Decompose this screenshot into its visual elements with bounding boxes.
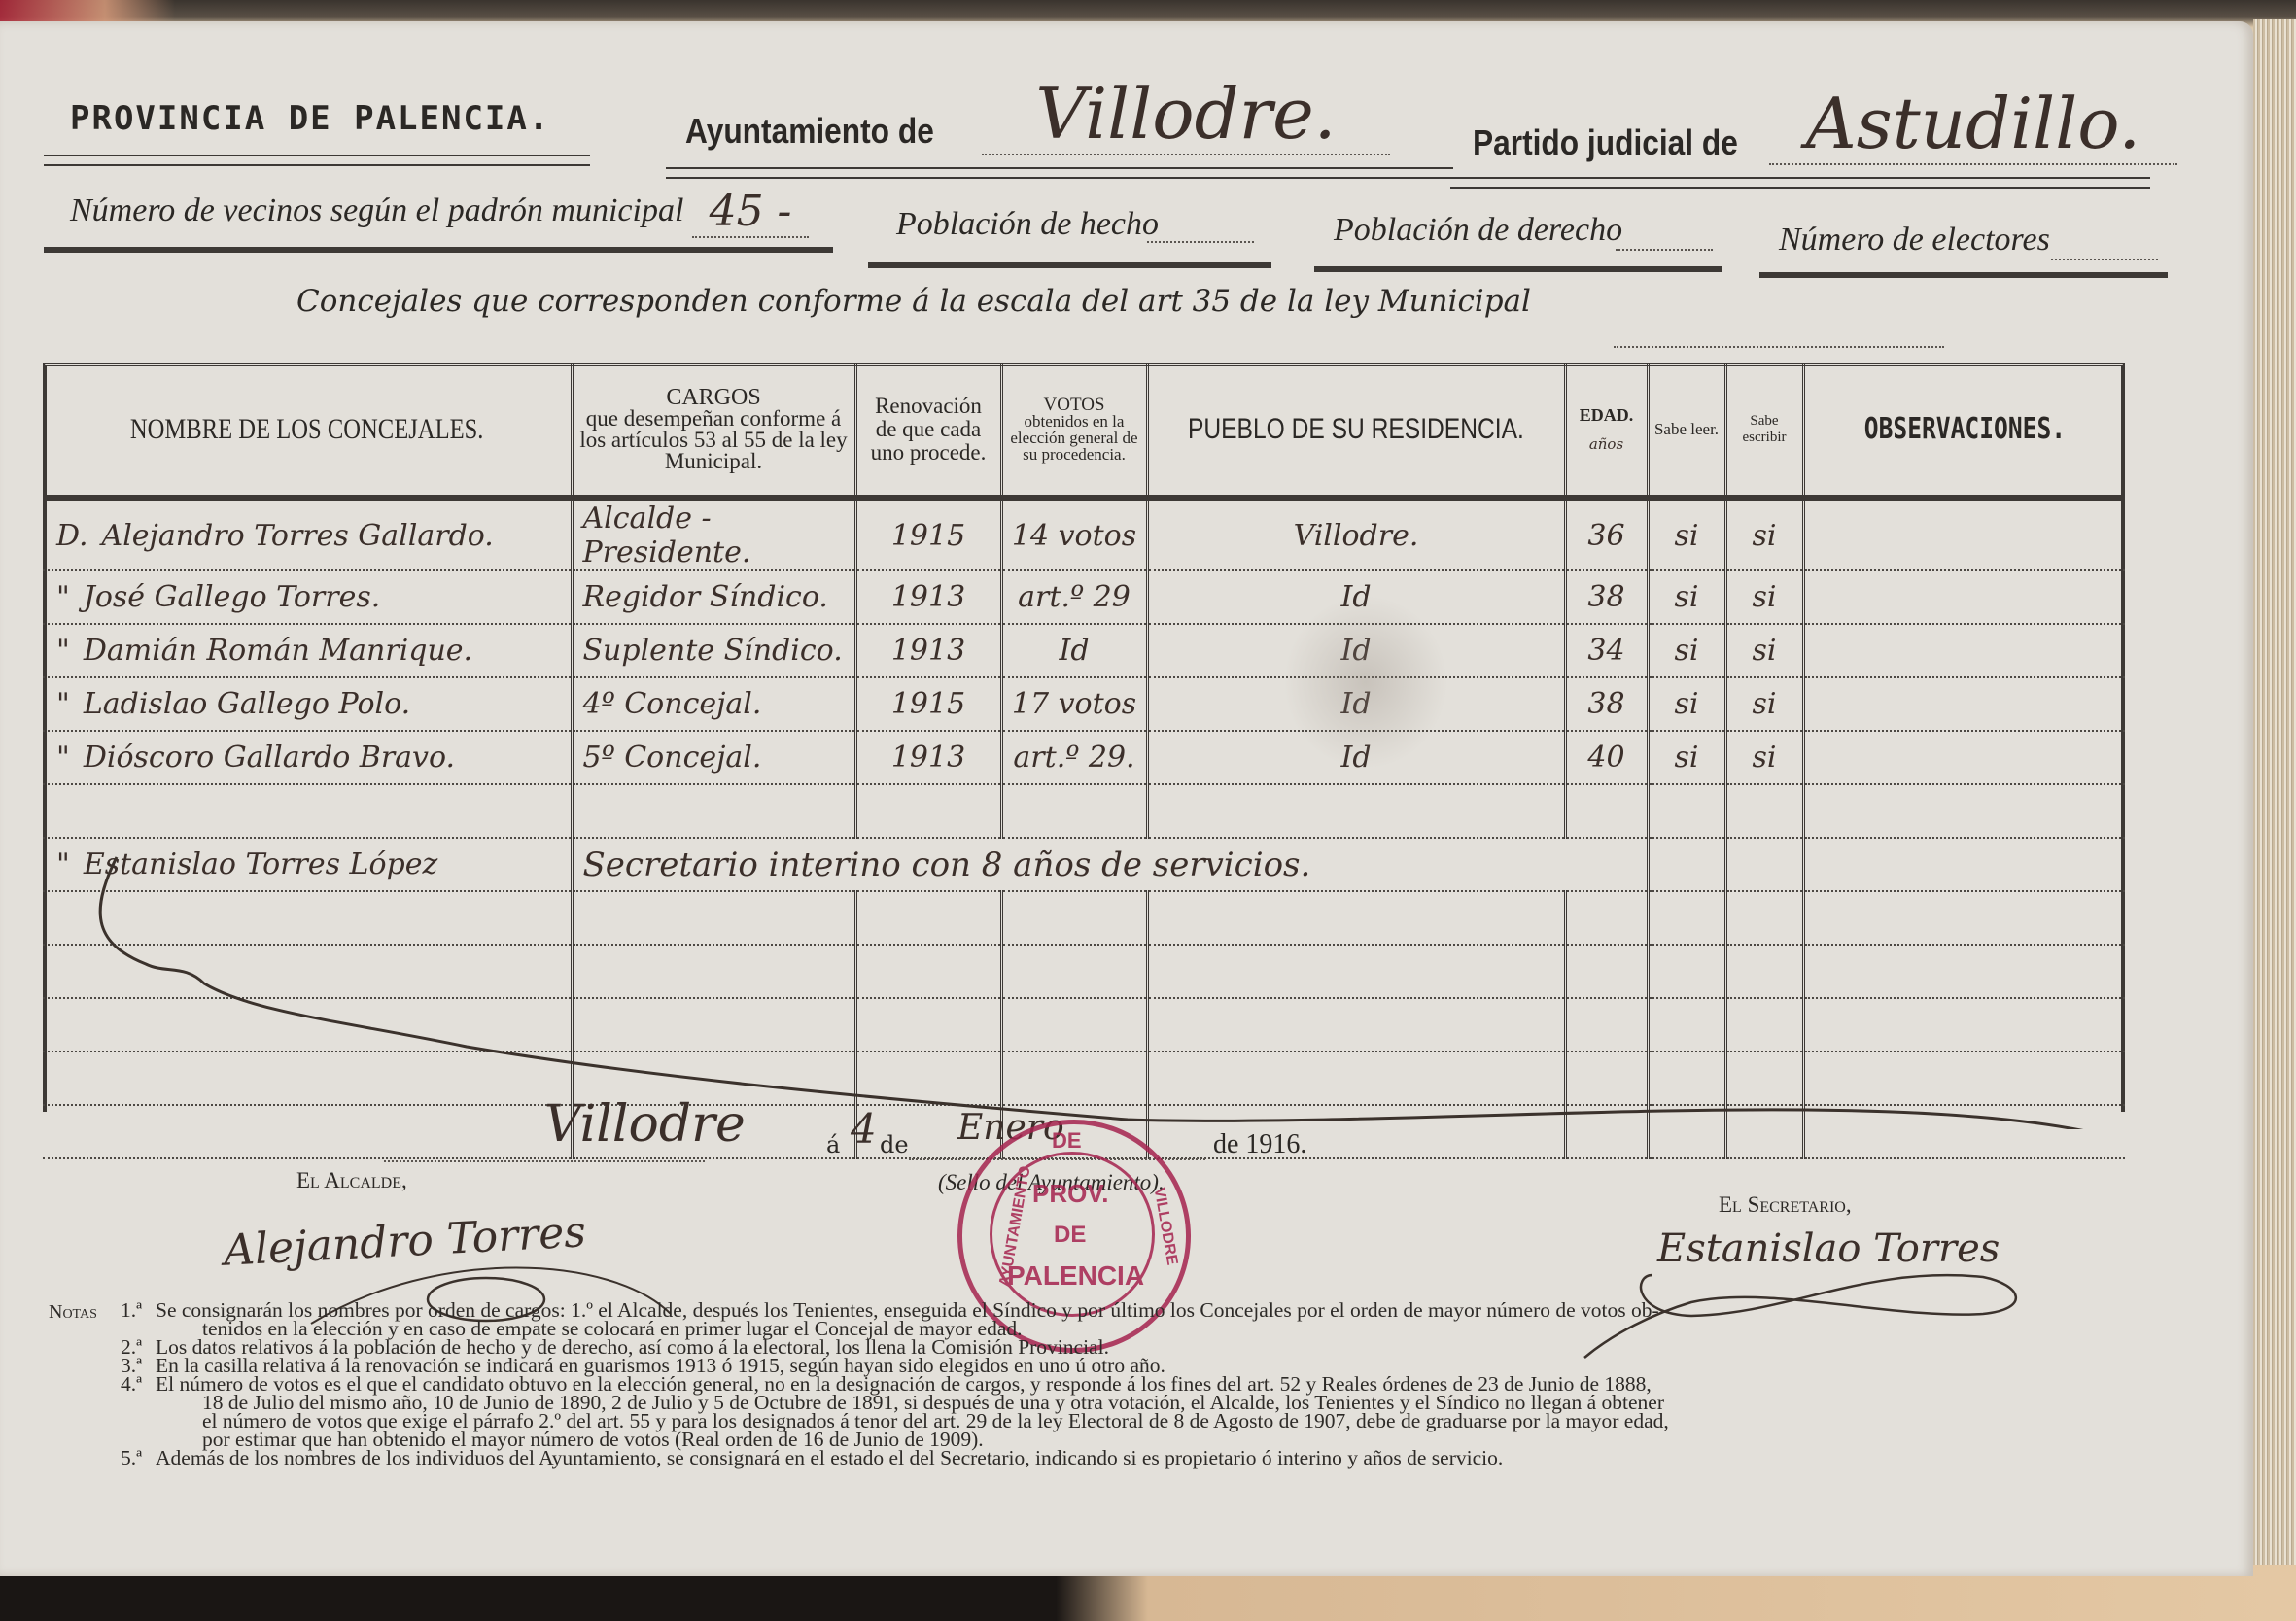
col-header-renovacion: Renovación de que cada uno procede.: [855, 363, 1001, 499]
cell-nombre[interactable]: "José Gallego Torres.: [43, 570, 572, 624]
concejales-line: Concejales que corresponden conforme á l…: [296, 284, 1531, 319]
col-header-leer: Sabe leer.: [1648, 363, 1725, 499]
cell-edad[interactable]: 38: [1565, 677, 1648, 731]
faded-stamp-smudge: [1283, 595, 1448, 770]
cell-renovacion[interactable]: 1913: [855, 624, 1001, 677]
closing-flourish: [58, 838, 2148, 1129]
cell-escribir[interactable]: si: [1725, 624, 1803, 677]
cell-edad[interactable]: 38: [1565, 570, 1648, 624]
cell-votos[interactable]: 17 votos: [1001, 677, 1147, 731]
note-5: 5.ªAdemás de los nombres de los individu…: [49, 1449, 2187, 1467]
cell-escribir[interactable]: si: [1725, 570, 1803, 624]
date-a-label: á: [826, 1131, 840, 1158]
concejal-name: Ladislao Gallego Polo.: [84, 687, 410, 721]
cell-cargo[interactable]: 4º Concejal.: [572, 677, 855, 731]
date-de-label: de: [880, 1131, 909, 1158]
cell-escribir[interactable]: [1725, 784, 1803, 838]
row-prefix: ": [56, 741, 70, 775]
table-row: [43, 784, 2125, 838]
date-year: de 1916.: [1213, 1129, 1306, 1160]
cell-edad[interactable]: 34: [1565, 624, 1648, 677]
cell-observaciones[interactable]: [1803, 784, 2125, 838]
cell-nombre[interactable]: "Ladislao Gallego Polo.: [43, 677, 572, 731]
cell-cargo[interactable]: Suplente Síndico.: [572, 624, 855, 677]
cell-nombre[interactable]: "Dióscoro Gallardo Bravo.: [43, 731, 572, 784]
poblacion-hecho-label: Población de hecho: [896, 206, 1159, 243]
col-header-votos: VOTOSobtenidos en la elección general de…: [1001, 363, 1147, 499]
header-rule: [1450, 177, 2150, 189]
cell-edad[interactable]: 40: [1565, 731, 1648, 784]
cell-renovacion[interactable]: 1913: [855, 731, 1001, 784]
cell-nombre[interactable]: D.Alejandro Torres Gallardo.: [43, 499, 572, 571]
poblacion-derecho-label: Población de derecho: [1334, 212, 1622, 249]
row-prefix: ": [56, 687, 70, 721]
cell-leer[interactable]: si: [1648, 731, 1725, 784]
electores-field[interactable]: [2051, 253, 2158, 260]
note-4: 4.ªEl número de votos es el que el candi…: [49, 1375, 2187, 1394]
concejal-name: Damián Román Manrique.: [84, 634, 472, 668]
cell-observaciones[interactable]: [1803, 677, 2125, 731]
vecinos-value[interactable]: 45 -: [692, 187, 809, 238]
cell-renovacion[interactable]: 1915: [855, 499, 1001, 571]
concejal-name: Alejandro Torres Gallardo.: [102, 519, 494, 553]
cell-escribir[interactable]: si: [1725, 731, 1803, 784]
cell-leer[interactable]: si: [1648, 677, 1725, 731]
stamp-line2: DE: [1054, 1222, 1086, 1249]
poblacion-hecho-field[interactable]: [1147, 235, 1254, 243]
cell-observaciones[interactable]: [1803, 499, 2125, 571]
stats-rule: [1314, 266, 1722, 272]
cell-votos[interactable]: Id: [1001, 624, 1147, 677]
cell-pueblo[interactable]: [1147, 784, 1565, 838]
col-header-pueblo: PUEBLO DE SU RESIDENCIA.: [1147, 363, 1565, 499]
table-header-row: NOMBRE DE LOS CONCEJALES. CARGOSque dese…: [43, 363, 2125, 499]
partido-label: Partido judicial de: [1473, 122, 1738, 163]
table-row: "Damián Román Manrique.Suplente Síndico.…: [43, 624, 2125, 677]
table-row: "José Gallego Torres.Regidor Síndico.191…: [43, 570, 2125, 624]
cell-votos[interactable]: 14 votos: [1001, 499, 1147, 571]
date-day[interactable]: 4: [851, 1105, 877, 1153]
cell-observaciones[interactable]: [1803, 570, 2125, 624]
poblacion-derecho-field[interactable]: [1616, 243, 1713, 251]
alcalde-label: El Alcalde,: [296, 1168, 407, 1193]
date-place: Villodre: [544, 1095, 746, 1154]
stats-rule: [868, 262, 1271, 268]
concejal-name: José Gallego Torres.: [84, 580, 380, 614]
cell-leer[interactable]: si: [1648, 624, 1725, 677]
cell-leer[interactable]: [1648, 784, 1725, 838]
secretario-label: El Secretario,: [1719, 1192, 1852, 1218]
cell-leer[interactable]: si: [1648, 570, 1725, 624]
stats-rule: [1759, 272, 2168, 278]
header-rule: [666, 167, 1453, 179]
cell-leer[interactable]: si: [1648, 499, 1725, 571]
stamp-ring-top: DE: [1052, 1128, 1082, 1154]
cell-pueblo[interactable]: Villodre.: [1147, 499, 1565, 571]
concejales-field[interactable]: [1614, 342, 1944, 348]
cell-cargo[interactable]: [572, 784, 855, 838]
cell-nombre[interactable]: [43, 784, 572, 838]
cell-renovacion[interactable]: [855, 784, 1001, 838]
cell-nombre[interactable]: "Damián Román Manrique.: [43, 624, 572, 677]
ayuntamiento-label: Ayuntamiento de: [685, 111, 934, 152]
table-row: "Ladislao Gallego Polo.4º Concejal.19151…: [43, 677, 2125, 731]
cell-edad[interactable]: 36: [1565, 499, 1648, 571]
cell-votos[interactable]: art.º 29.: [1001, 731, 1147, 784]
row-prefix: D.: [56, 519, 88, 553]
cell-renovacion[interactable]: 1915: [855, 677, 1001, 731]
col-header-nombre: NOMBRE DE LOS CONCEJALES.: [43, 363, 572, 499]
form-page: PROVINCIA DE PALENCIA. Ayuntamiento de V…: [0, 21, 2253, 1576]
ayuntamiento-value[interactable]: Villodre.: [982, 74, 1390, 155]
cell-escribir[interactable]: si: [1725, 499, 1803, 571]
stats-rule: [44, 247, 833, 253]
cell-observaciones[interactable]: [1803, 731, 2125, 784]
col-header-edad: EDAD.años: [1565, 363, 1648, 499]
table-row: "Dióscoro Gallardo Bravo.5º Concejal.191…: [43, 731, 2125, 784]
cell-edad[interactable]: [1565, 784, 1648, 838]
table-row: D.Alejandro Torres Gallardo.Alcalde - Pr…: [43, 499, 2125, 571]
book-page-edges: [2253, 19, 2296, 1574]
cell-cargo[interactable]: 5º Concejal.: [572, 731, 855, 784]
header-rule: [44, 155, 590, 166]
col-header-observaciones: OBSERVACIONES.: [1803, 363, 2125, 499]
cell-cargo[interactable]: Regidor Síndico.: [572, 570, 855, 624]
province-title: PROVINCIA DE PALENCIA.: [70, 99, 550, 138]
stamp-line1: PROV.: [1032, 1179, 1109, 1209]
vecinos-label: Número de vecinos según el padrón munici…: [70, 192, 683, 229]
row-prefix: ": [56, 580, 70, 614]
stamp-line3: PALENCIA: [1007, 1260, 1144, 1292]
cell-votos[interactable]: [1001, 784, 1147, 838]
notes-section: Notas 1.ªSe consignarán los nombres por …: [49, 1301, 2187, 1467]
partido-value[interactable]: Astudillo.: [1769, 84, 2177, 165]
concejal-name: Dióscoro Gallardo Bravo.: [84, 741, 455, 775]
note-1: 1.ªSe consignarán los nombres por orden …: [49, 1301, 2187, 1320]
col-header-escribir: Sabe escribir: [1725, 363, 1803, 499]
cell-votos[interactable]: art.º 29: [1001, 570, 1147, 624]
col-header-cargos: CARGOSque desempeñan conforme á los artí…: [572, 363, 855, 499]
cell-observaciones[interactable]: [1803, 624, 2125, 677]
cell-escribir[interactable]: si: [1725, 677, 1803, 731]
cell-renovacion[interactable]: 1913: [855, 570, 1001, 624]
row-prefix: ": [56, 634, 70, 668]
cell-cargo[interactable]: Alcalde - Presidente.: [572, 499, 855, 571]
electores-label: Número de electores: [1779, 222, 2050, 259]
